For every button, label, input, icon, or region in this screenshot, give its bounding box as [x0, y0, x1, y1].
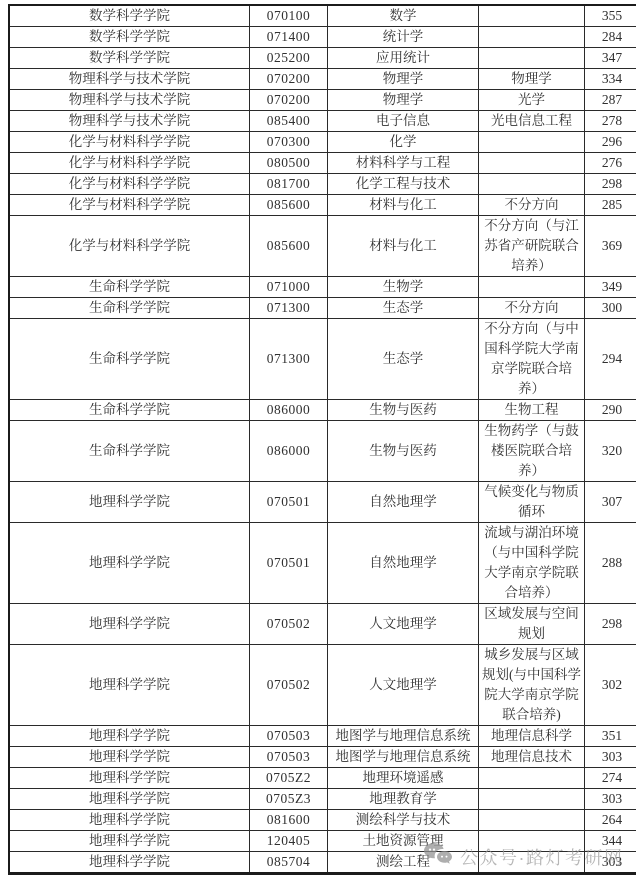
cell-code: 070502: [250, 645, 328, 726]
cell-score: 285: [585, 195, 636, 216]
cell-direction: 生物工程: [479, 400, 585, 421]
cell-code: 070300: [250, 132, 328, 153]
cell-college: 数学科学学院: [9, 5, 250, 27]
cell-direction: [479, 789, 585, 810]
cell-college: 地理科学学院: [9, 645, 250, 726]
cell-direction: 城乡发展与区域规划(与中国科学院大学南京学院联合培养): [479, 645, 585, 726]
cell-score: 294: [585, 319, 636, 400]
cell-direction: [479, 768, 585, 789]
cell-major: 材料科学与工程: [328, 153, 479, 174]
cell-direction: 不分方向（与江苏省产研院联合培养）: [479, 216, 585, 277]
cell-direction: [479, 48, 585, 69]
cell-code: 070503: [250, 747, 328, 768]
table-row: 地理科学学院070503地图学与地理信息系统地理信息技术303: [9, 747, 636, 768]
cell-score: 355: [585, 5, 636, 27]
cell-score: 290: [585, 400, 636, 421]
cell-direction: 地理信息技术: [479, 747, 585, 768]
cell-score: 298: [585, 174, 636, 195]
table-row: 地理科学学院070501自然地理学流域与湖泊环境（与中国科学院大学南京学院联合培…: [9, 523, 636, 604]
cell-major: 人文地理学: [328, 645, 479, 726]
cell-major: 生物与医药: [328, 421, 479, 482]
cell-direction: 光学: [479, 90, 585, 111]
cell-score: 300: [585, 298, 636, 319]
cell-direction: 区域发展与空间规划: [479, 604, 585, 645]
table-row: 地理科学学院0705Z3地理教育学303: [9, 789, 636, 810]
table-row: 化学与材料科学学院085600材料与化工不分方向（与江苏省产研院联合培养）369: [9, 216, 636, 277]
cell-score: 274: [585, 768, 636, 789]
cell-major: 地理教育学: [328, 789, 479, 810]
table-row: 地理科学学院0705Z2地理环境遥感274: [9, 768, 636, 789]
cell-code: 120405: [250, 831, 328, 852]
cell-college: 化学与材料科学学院: [9, 153, 250, 174]
cell-score: 302: [585, 645, 636, 726]
cell-major: 材料与化工: [328, 195, 479, 216]
cell-code: 086000: [250, 421, 328, 482]
cell-direction: 气候变化与物质循环: [479, 482, 585, 523]
cell-direction: [479, 153, 585, 174]
cell-code: 080500: [250, 153, 328, 174]
cell-direction: [479, 810, 585, 831]
cell-college: 地理科学学院: [9, 810, 250, 831]
cell-college: 化学与材料科学学院: [9, 174, 250, 195]
cell-code: 081600: [250, 810, 328, 831]
cell-major: 生物学: [328, 277, 479, 298]
cell-major: 测绘工程: [328, 852, 479, 874]
cell-major: 地图学与地理信息系统: [328, 726, 479, 747]
table-row: 化学与材料科学学院085600材料与化工不分方向285: [9, 195, 636, 216]
cell-score: 287: [585, 90, 636, 111]
table-row: 化学与材料科学学院080500材料科学与工程276: [9, 153, 636, 174]
cell-code: 070502: [250, 604, 328, 645]
cell-college: 地理科学学院: [9, 852, 250, 874]
cell-direction: 流域与湖泊环境（与中国科学院大学南京学院联合培养）: [479, 523, 585, 604]
table-row: 物理科学与技术学院070200物理学物理学334: [9, 69, 636, 90]
cell-code: 070503: [250, 726, 328, 747]
cell-code: 070200: [250, 90, 328, 111]
cell-major: 生物与医药: [328, 400, 479, 421]
cell-major: 人文地理学: [328, 604, 479, 645]
cell-score: 369: [585, 216, 636, 277]
cell-score: 288: [585, 523, 636, 604]
table-row: 数学科学学院071400统计学284: [9, 27, 636, 48]
cell-major: 电子信息: [328, 111, 479, 132]
cell-college: 生命科学学院: [9, 319, 250, 400]
cell-score: 303: [585, 852, 636, 874]
table-row: 生命科学学院071300生态学不分方向（与中国科学院大学南京学院联合培养）294: [9, 319, 636, 400]
cell-direction: 不分方向（与中国科学院大学南京学院联合培养）: [479, 319, 585, 400]
table-row: 地理科学学院081600测绘科学与技术264: [9, 810, 636, 831]
cell-code: 0705Z3: [250, 789, 328, 810]
table-row: 化学与材料科学学院081700化学工程与技术298: [9, 174, 636, 195]
cell-code: 085400: [250, 111, 328, 132]
cell-score: 307: [585, 482, 636, 523]
cell-code: 071400: [250, 27, 328, 48]
cell-college: 地理科学学院: [9, 768, 250, 789]
cell-direction: 光电信息工程: [479, 111, 585, 132]
table-row: 地理科学学院070503地图学与地理信息系统地理信息科学351: [9, 726, 636, 747]
cell-score: 320: [585, 421, 636, 482]
cell-college: 物理科学与技术学院: [9, 111, 250, 132]
table-row: 物理科学与技术学院085400电子信息光电信息工程278: [9, 111, 636, 132]
table-row: 地理科学学院070502人文地理学区域发展与空间规划298: [9, 604, 636, 645]
cell-major: 化学工程与技术: [328, 174, 479, 195]
cell-direction: [479, 5, 585, 27]
cell-college: 地理科学学院: [9, 726, 250, 747]
cell-code: 070100: [250, 5, 328, 27]
table-row: 生命科学学院086000生物与医药生物工程290: [9, 400, 636, 421]
cell-direction: 物理学: [479, 69, 585, 90]
admission-score-table: 数学科学学院070100数学355数学科学学院071400统计学284数学科学学…: [8, 4, 636, 875]
cell-college: 地理科学学院: [9, 789, 250, 810]
cell-college: 物理科学与技术学院: [9, 90, 250, 111]
cell-major: 生态学: [328, 319, 479, 400]
cell-score: 349: [585, 277, 636, 298]
cell-college: 地理科学学院: [9, 747, 250, 768]
cell-code: 071300: [250, 319, 328, 400]
cell-direction: [479, 132, 585, 153]
cell-major: 测绘科学与技术: [328, 810, 479, 831]
cell-college: 数学科学学院: [9, 27, 250, 48]
cell-score: 276: [585, 153, 636, 174]
cell-score: 298: [585, 604, 636, 645]
cell-score: 334: [585, 69, 636, 90]
cell-direction: 地理信息科学: [479, 726, 585, 747]
cell-college: 地理科学学院: [9, 604, 250, 645]
cell-college: 数学科学学院: [9, 48, 250, 69]
cell-score: 347: [585, 48, 636, 69]
cell-code: 071000: [250, 277, 328, 298]
cell-code: 085600: [250, 195, 328, 216]
cell-code: 025200: [250, 48, 328, 69]
cell-major: 自然地理学: [328, 482, 479, 523]
cell-score: 303: [585, 747, 636, 768]
cell-code: 070501: [250, 482, 328, 523]
cell-code: 086000: [250, 400, 328, 421]
cell-college: 生命科学学院: [9, 298, 250, 319]
cell-direction: [479, 852, 585, 874]
cell-college: 地理科学学院: [9, 831, 250, 852]
cell-major: 化学: [328, 132, 479, 153]
cell-major: 土地资源管理: [328, 831, 479, 852]
cell-major: 生态学: [328, 298, 479, 319]
cell-college: 生命科学学院: [9, 421, 250, 482]
cell-college: 地理科学学院: [9, 482, 250, 523]
cell-code: 085600: [250, 216, 328, 277]
cell-direction: 生物药学（与鼓楼医院联合培养）: [479, 421, 585, 482]
cell-major: 统计学: [328, 27, 479, 48]
cell-direction: [479, 277, 585, 298]
cell-college: 物理科学与技术学院: [9, 69, 250, 90]
cell-direction: [479, 27, 585, 48]
cell-score: 264: [585, 810, 636, 831]
table-row: 化学与材料科学学院070300化学296: [9, 132, 636, 153]
cell-code: 0705Z2: [250, 768, 328, 789]
cell-major: 应用统计: [328, 48, 479, 69]
cell-score: 284: [585, 27, 636, 48]
cell-direction: [479, 831, 585, 852]
cell-direction: 不分方向: [479, 195, 585, 216]
table-row: 生命科学学院086000生物与医药生物药学（与鼓楼医院联合培养）320: [9, 421, 636, 482]
cell-college: 生命科学学院: [9, 277, 250, 298]
cell-score: 344: [585, 831, 636, 852]
table-row: 地理科学学院120405土地资源管理344: [9, 831, 636, 852]
cell-college: 地理科学学院: [9, 523, 250, 604]
cell-direction: 不分方向: [479, 298, 585, 319]
cell-code: 085704: [250, 852, 328, 874]
cell-major: 数学: [328, 5, 479, 27]
cell-code: 071300: [250, 298, 328, 319]
cell-college: 生命科学学院: [9, 400, 250, 421]
cell-code: 070200: [250, 69, 328, 90]
table-row: 地理科学学院085704测绘工程303: [9, 852, 636, 874]
cell-code: 081700: [250, 174, 328, 195]
cell-college: 化学与材料科学学院: [9, 132, 250, 153]
cell-score: 303: [585, 789, 636, 810]
table-body: 数学科学学院070100数学355数学科学学院071400统计学284数学科学学…: [9, 5, 636, 874]
cell-college: 化学与材料科学学院: [9, 216, 250, 277]
cell-major: 地理环境遥感: [328, 768, 479, 789]
cell-major: 地图学与地理信息系统: [328, 747, 479, 768]
table-row: 数学科学学院070100数学355: [9, 5, 636, 27]
table-row: 物理科学与技术学院070200物理学光学287: [9, 90, 636, 111]
cell-major: 物理学: [328, 90, 479, 111]
table-row: 地理科学学院070501自然地理学气候变化与物质循环307: [9, 482, 636, 523]
cell-college: 化学与材料科学学院: [9, 195, 250, 216]
table-row: 生命科学学院071000生物学349: [9, 277, 636, 298]
cell-major: 自然地理学: [328, 523, 479, 604]
cell-code: 070501: [250, 523, 328, 604]
cell-major: 材料与化工: [328, 216, 479, 277]
cell-score: 351: [585, 726, 636, 747]
cell-major: 物理学: [328, 69, 479, 90]
table-row: 地理科学学院070502人文地理学城乡发展与区域规划(与中国科学院大学南京学院联…: [9, 645, 636, 726]
cell-score: 296: [585, 132, 636, 153]
cell-score: 278: [585, 111, 636, 132]
table-row: 生命科学学院071300生态学不分方向300: [9, 298, 636, 319]
cell-direction: [479, 174, 585, 195]
table-row: 数学科学学院025200应用统计347: [9, 48, 636, 69]
